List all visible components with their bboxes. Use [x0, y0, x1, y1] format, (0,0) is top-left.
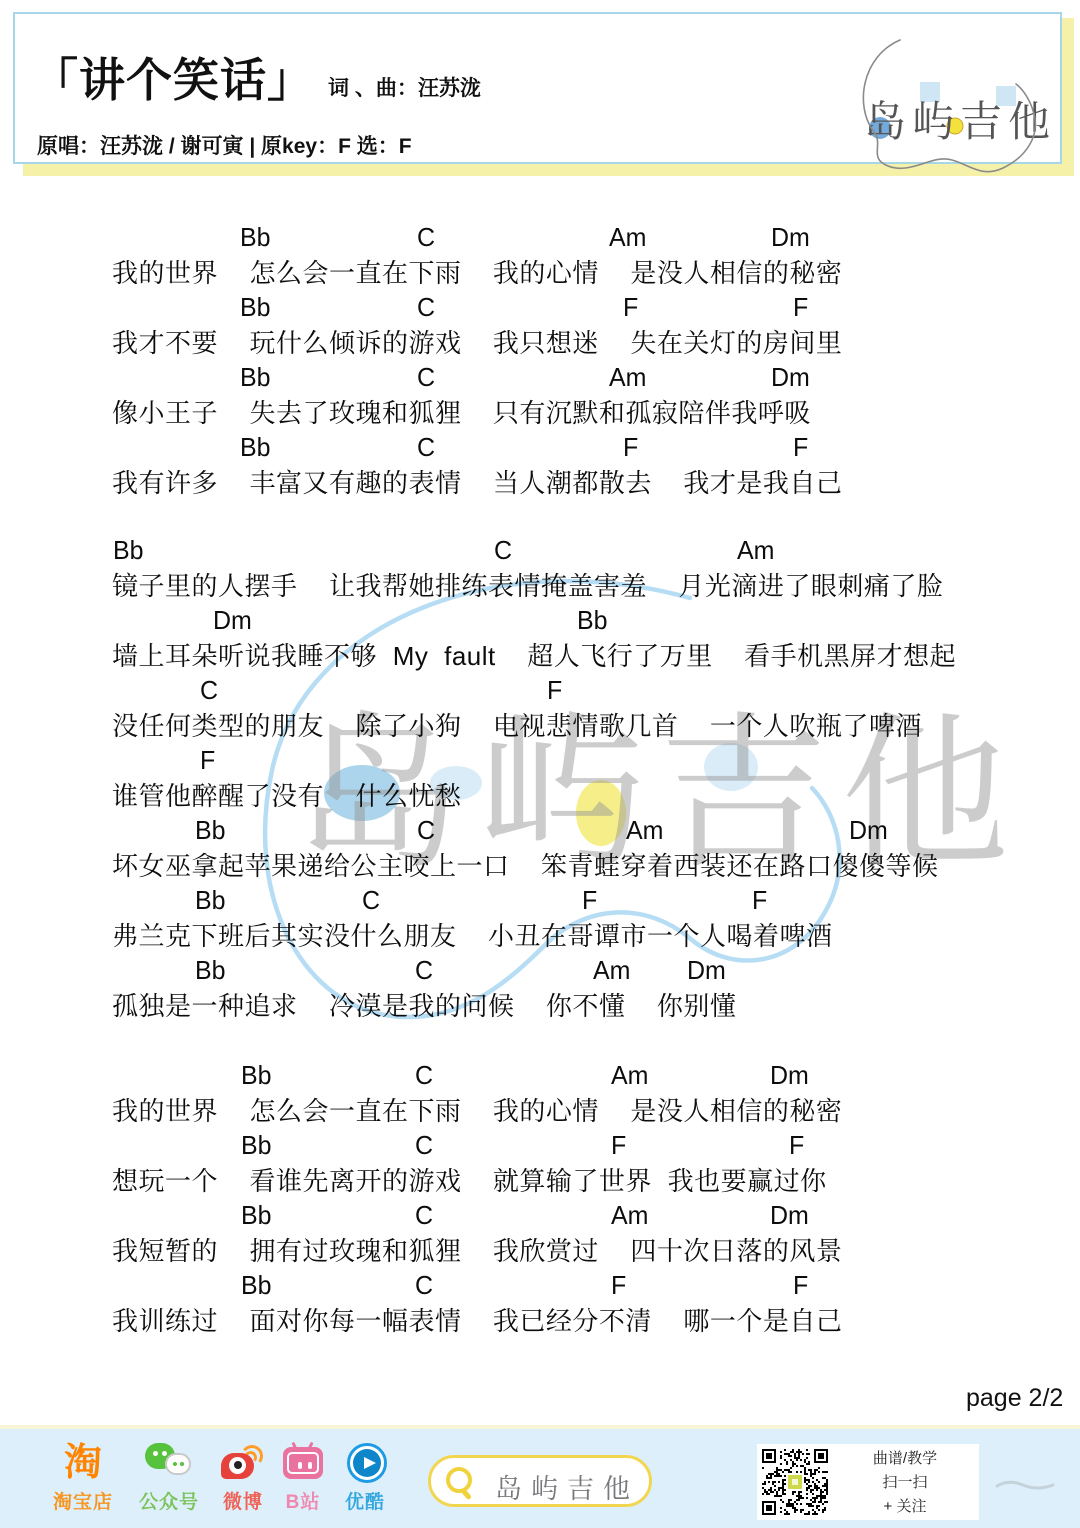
lyric-line: 想玩一个 看谁先离开的游戏 就算输了世界 我也要赢过你 — [112, 1164, 827, 1198]
qr-caption-line2: 扫一扫 — [839, 1471, 971, 1495]
chord-symbol: Dm — [771, 362, 810, 392]
chord-symbol: F — [789, 1130, 804, 1160]
chord-symbol: Bb — [240, 362, 271, 392]
chord-symbol: F — [793, 292, 808, 322]
qr-caption-line1: 曲谱/教学 — [839, 1447, 971, 1471]
score-line: BbCAmDm我短暂的 拥有过玫瑰和狐狸 我欣赏过 四十次日落的风景 — [0, 1200, 1080, 1270]
chord-symbol: C — [415, 1200, 433, 1230]
chord-symbol: Bb — [241, 1270, 272, 1300]
chord-symbol: C — [200, 675, 218, 705]
chord-symbol: Dm — [770, 1200, 809, 1230]
score-line: BbCFF我有许多 丰富又有趣的表情 当人潮都散去 我才是我自己 — [0, 432, 1080, 502]
lyric-line: 我短暂的 拥有过玫瑰和狐狸 我欣赏过 四十次日落的风景 — [112, 1234, 842, 1268]
search-icon — [446, 1467, 472, 1493]
footer-bar: 淘 淘宝店 公众号 微博 — [0, 1425, 1080, 1528]
score-line: BbCAmDm我的世界 怎么会一直在下雨 我的心情 是没人相信的秘密 — [0, 222, 1080, 292]
chord-symbol: C — [415, 955, 433, 985]
chord-symbol: Dm — [687, 955, 726, 985]
score: BbCAmDm我的世界 怎么会一直在下雨 我的心情 是没人相信的秘密BbCFF我… — [0, 0, 1080, 1380]
chord-symbol: Bb — [240, 432, 271, 462]
chord-symbol: Dm — [770, 1060, 809, 1090]
lyric-line: 谁管他醉醒了没有 什么忧愁 — [112, 779, 461, 813]
chord-symbol: F — [200, 745, 215, 775]
qr-code — [762, 1449, 828, 1515]
score-line: BbCFF我才不要 玩什么倾诉的游戏 我只想迷 失在关灯的房间里 — [0, 292, 1080, 362]
search-text: 岛屿吉他 — [495, 1467, 639, 1506]
qr-panel: 曲谱/教学 扫一扫 + 关注 — [757, 1444, 979, 1520]
chord-symbol: Bb — [240, 222, 271, 252]
chord-symbol: C — [362, 885, 380, 915]
lyric-line: 弗兰克下班后其实没什么朋友 小丑在哥谭市一个人喝着啤酒 — [112, 919, 832, 953]
chord-symbol: F — [793, 432, 808, 462]
taobao-label: 淘宝店 — [41, 1487, 125, 1514]
search-bar[interactable]: 岛屿吉他 — [428, 1455, 652, 1507]
score-line: BbCFF弗兰克下班后其实没什么朋友 小丑在哥谭市一个人喝着啤酒 — [0, 885, 1080, 955]
chord-symbol: C — [417, 362, 435, 392]
page-number: page 2/2 — [966, 1384, 1063, 1413]
chord-symbol: F — [611, 1270, 626, 1300]
chord-symbol: C — [415, 1060, 433, 1090]
lyric-line: 像小王子 失去了玫瑰和狐狸 只有沉默和孤寂陪伴我呼吸 — [112, 396, 811, 430]
score-line: BbCAmDm坏女巫拿起苹果递给公主咬上一口 笨青蛙穿着西装还在路口傻傻等候 — [0, 815, 1080, 885]
lyric-line: 坏女巫拿起苹果递给公主咬上一口 笨青蛙穿着西装还在路口傻傻等候 — [112, 849, 938, 883]
score-line: BbCAmDm我的世界 怎么会一直在下雨 我的心情 是没人相信的秘密 — [0, 1060, 1080, 1130]
chord-symbol: C — [415, 1270, 433, 1300]
lyric-line: 我才不要 玩什么倾诉的游戏 我只想迷 失在关灯的房间里 — [112, 326, 842, 360]
chord-symbol: Dm — [849, 815, 888, 845]
score-line: BbCFF想玩一个 看谁先离开的游戏 就算输了世界 我也要赢过你 — [0, 1130, 1080, 1200]
chord-symbol: F — [623, 292, 638, 322]
chord-symbol: C — [417, 292, 435, 322]
wechat-icon — [127, 1441, 211, 1485]
youku-label: 优酷 — [323, 1487, 407, 1514]
score-line: BbCAmDm像小王子 失去了玫瑰和狐狸 只有沉默和孤寂陪伴我呼吸 — [0, 362, 1080, 432]
chord-symbol: Am — [626, 815, 663, 845]
score-line: BbCAmDm孤独是一种追求 冷漠是我的问候 你不懂 你别懂 — [0, 955, 1080, 1025]
lyric-line: 孤独是一种追求 冷漠是我的问候 你不懂 你别懂 — [112, 989, 736, 1023]
youku-link[interactable]: 优酷 — [323, 1441, 407, 1514]
score-line: BbCFF我训练过 面对你每一幅表情 我已经分不清 哪一个是自己 — [0, 1270, 1080, 1340]
taobao-link[interactable]: 淘 淘宝店 — [41, 1441, 125, 1514]
chord-symbol: Am — [611, 1200, 648, 1230]
chord-symbol: F — [547, 675, 562, 705]
lyric-line: 镜子里的人摆手 让我帮她排练表情掩盖害羞 月光滴进了眼刺痛了脸 — [112, 569, 943, 603]
lyric-line: 我训练过 面对你每一幅表情 我已经分不清 哪一个是自己 — [112, 1304, 842, 1338]
chord-symbol: C — [417, 222, 435, 252]
chord-symbol: C — [417, 815, 435, 845]
chord-symbol: Dm — [771, 222, 810, 252]
chord-symbol: Bb — [577, 605, 608, 635]
chord-symbol: F — [623, 432, 638, 462]
chord-symbol: Bb — [113, 535, 144, 565]
chord-symbol: F — [582, 885, 597, 915]
lyric-line: 我有许多 丰富又有趣的表情 当人潮都散去 我才是我自己 — [112, 466, 842, 500]
chord-symbol: Bb — [195, 815, 226, 845]
youku-icon — [323, 1441, 407, 1485]
squiggle-decoration — [995, 1477, 1055, 1493]
chord-symbol: Bb — [241, 1060, 272, 1090]
chord-symbol: Bb — [195, 885, 226, 915]
chord-symbol: Am — [609, 222, 646, 252]
chord-sheet-page: 「讲个笑话」 词 、曲：汪苏泷 原唱：汪苏泷 / 谢可寅 | 原key：F 选：… — [0, 0, 1080, 1528]
lyric-line: 没任何类型的朋友 除了小狗 电视悲情歌几首 一个人吹瓶了啤酒 — [112, 709, 922, 743]
chord-symbol: Bb — [241, 1130, 272, 1160]
chord-symbol: Am — [737, 535, 774, 565]
qr-caption-line3: + 关注 — [839, 1495, 971, 1519]
chord-symbol: C — [417, 432, 435, 462]
chord-symbol: Am — [611, 1060, 648, 1090]
lyric-line: 墙上耳朵听说我睡不够 My fault 超人飞行了万里 看手机黑屏才想起 — [112, 639, 956, 673]
chord-symbol: Dm — [213, 605, 252, 635]
wechat-link[interactable]: 公众号 — [127, 1441, 211, 1514]
lyric-line: 我的世界 怎么会一直在下雨 我的心情 是没人相信的秘密 — [112, 1094, 842, 1128]
lyric-line: 我的世界 怎么会一直在下雨 我的心情 是没人相信的秘密 — [112, 256, 842, 290]
chord-symbol: C — [494, 535, 512, 565]
chord-symbol: Am — [593, 955, 630, 985]
chord-symbol: F — [752, 885, 767, 915]
score-line: DmBb墙上耳朵听说我睡不够 My fault 超人飞行了万里 看手机黑屏才想起 — [0, 605, 1080, 675]
chord-symbol: F — [611, 1130, 626, 1160]
chord-symbol: F — [793, 1270, 808, 1300]
chord-symbol: Am — [609, 362, 646, 392]
chord-symbol: Bb — [241, 1200, 272, 1230]
score-line: CF没任何类型的朋友 除了小狗 电视悲情歌几首 一个人吹瓶了啤酒 — [0, 675, 1080, 745]
wechat-label: 公众号 — [127, 1487, 211, 1514]
chord-symbol: Bb — [195, 955, 226, 985]
score-line: F谁管他醉醒了没有 什么忧愁 — [0, 745, 1080, 815]
chord-symbol: Bb — [240, 292, 271, 322]
score-line: BbCAm镜子里的人摆手 让我帮她排练表情掩盖害羞 月光滴进了眼刺痛了脸 — [0, 535, 1080, 605]
chord-symbol: C — [415, 1130, 433, 1160]
taobao-icon: 淘 — [41, 1441, 125, 1485]
